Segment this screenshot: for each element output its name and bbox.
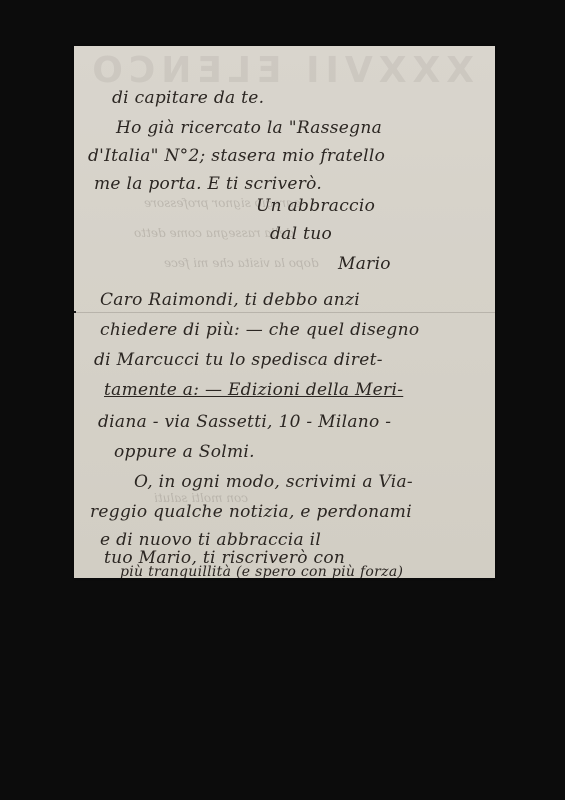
letter-line: me la porta. E ti scriverò.	[94, 174, 322, 194]
letter-line: di capitare da te.	[112, 88, 264, 108]
letter-line: dal tuo	[270, 224, 332, 244]
letterhead-bleedthrough: XXXVII ELENCO	[114, 50, 474, 91]
letter-line: più tranquillità (e spero con più forza)	[120, 564, 403, 578]
letter-line: chiedere di più: — che quel disegno	[100, 320, 419, 340]
letter-line: oppure a Solmi.	[114, 442, 255, 462]
letter-line: Un abbraccio	[256, 196, 375, 216]
letter-line: reggio qualche notizia, e perdonami	[90, 502, 412, 522]
letter-page: XXXVII ELENCO egregio signor professore …	[74, 46, 495, 578]
letter-line: d'Italia" N°2; stasera mio fratello	[88, 146, 385, 166]
letter-signature: Mario	[338, 254, 391, 274]
paper-fold	[74, 312, 495, 313]
letter-line: e di nuovo ti abbraccia il	[100, 530, 321, 550]
letter-line: di Marcucci tu lo spedisca diret-	[94, 350, 383, 370]
letter-line: Caro Raimondi, ti debbo anzi	[100, 290, 360, 310]
letter-line: diana - via Sassetti, 10 - Milano -	[98, 412, 391, 432]
letter-line: Ho già ricercato la "Rassegna	[116, 118, 382, 138]
scanned-document: XXXVII ELENCO egregio signor professore …	[0, 0, 565, 800]
fold-mark	[74, 311, 76, 313]
letter-line: O, in ogni modo, scrivimi a Via-	[134, 472, 413, 492]
reverse-side-bleedthrough: dopo la visita che mi fece	[164, 256, 319, 270]
letter-line: tamente a: — Edizioni della Meri-	[104, 380, 403, 400]
